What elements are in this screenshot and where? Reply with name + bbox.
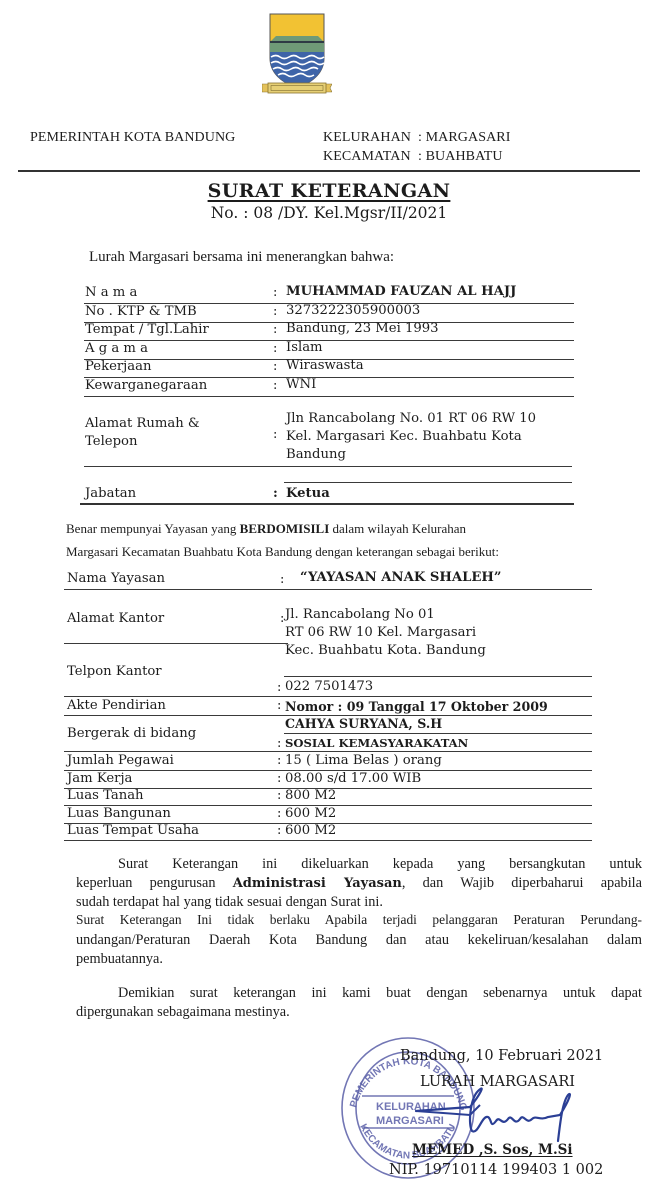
row-colon: : — [273, 304, 277, 319]
kelurahan-label: KELURAHAN — [323, 130, 411, 146]
row-value: 15 ( Lima Belas ) orang — [285, 753, 442, 768]
row-divider — [84, 340, 574, 341]
office-address-line-2: RT 06 RW 10 Kel. Margasari — [285, 625, 476, 640]
signatory-name: MEMED ,S. Sos, M.Si — [412, 1142, 573, 1158]
foundation-name-value: “YAYASAN ANAK SHALEH” — [300, 570, 501, 585]
row-colon: : — [277, 823, 281, 838]
header-divider — [18, 170, 640, 172]
place-date: Bandung, 10 Februari 2021 — [400, 1048, 603, 1064]
row-value: WNI — [286, 377, 316, 392]
row-label: A g a m a — [85, 341, 148, 356]
row-value: 600 M2 — [285, 823, 336, 838]
row-divider — [84, 466, 572, 467]
row-label: Pekerjaan — [85, 359, 152, 374]
closing-p2-line-1: Surat Keterangan Ini tidak berlaku Apabi… — [76, 912, 642, 928]
document-title: SURAT KETERANGAN — [0, 180, 658, 202]
row-value: 600 M2 — [285, 806, 336, 821]
office-address-line-1: Jl. Rancabolang No 01 — [285, 607, 435, 622]
closing-p1-line-2: keperluan pengurusan Administrasi Yayasa… — [76, 875, 642, 892]
row-divider — [80, 503, 574, 505]
domicile-emphasis: BERDOMISILI — [240, 521, 330, 536]
foundation-name-label: Nama Yayasan — [67, 571, 165, 586]
government-name: PEMERINTAH KOTA BANDUNG — [30, 130, 235, 146]
kecamatan-value: : BUAHBATU — [418, 149, 503, 165]
row-label: N a m a — [85, 285, 137, 300]
row-colon: : — [273, 341, 277, 356]
jabatan-label: Jabatan — [85, 486, 136, 501]
letter-number: No. : 08 /DY. Kel.Mgsr/II/2021 — [0, 204, 658, 222]
statement-line-1: Benar mempunyai Yayasan yang BERDOMISILI… — [66, 521, 466, 537]
row-divider — [284, 482, 572, 483]
closing-p2-line-3: pembuatannya. — [76, 951, 163, 968]
row-value: MUHAMMAD FAUZAN AL HAJJ — [286, 284, 516, 299]
row-label: Jam Kerja — [67, 771, 132, 786]
office-phone-colon: : — [277, 680, 281, 695]
row-divider — [64, 751, 592, 752]
address-value-line-2: Kel. Margasari Kec. Buahbatu Kota — [286, 429, 522, 444]
row-colon: : — [273, 378, 277, 393]
row-colon: : — [277, 788, 281, 803]
row-label: Luas Tempat Usaha — [67, 823, 199, 838]
row-colon: : — [277, 753, 281, 768]
office-address-label: Alamat Kantor — [67, 611, 164, 626]
kelurahan-value: : MARGASARI — [418, 130, 511, 146]
row-divider — [284, 676, 592, 677]
row-value: Islam — [286, 340, 323, 355]
row-label: Tempat / Tgl.Lahir — [85, 322, 209, 337]
row-divider — [284, 733, 592, 734]
row-value: 800 M2 — [285, 788, 336, 803]
row-value: 08.00 s/d 17.00 WIB — [285, 771, 421, 786]
row-value: 3273222305900003 — [286, 303, 420, 318]
office-phone-value: 022 7501473 — [285, 679, 373, 694]
row-colon: : — [273, 359, 277, 374]
kecamatan-label: KECAMATAN — [323, 149, 411, 165]
intro-text: Lurah Margasari bersama ini menerangkan … — [89, 249, 394, 266]
row-value: Wiraswasta — [286, 358, 364, 373]
jabatan-value: Ketua — [286, 486, 330, 501]
closing-p1-line-3: sudah terdapat hal yang tidak sesuai den… — [76, 894, 383, 911]
address-value-line-3: Bandung — [286, 447, 346, 462]
jabatan-colon: : — [273, 486, 278, 501]
row-divider — [84, 396, 574, 397]
deed-value: Nomor : 09 Tanggal 17 Oktober 2009 — [285, 699, 548, 714]
address-label-line-2: Telepon — [85, 434, 137, 449]
office-address-colon: : — [280, 611, 284, 626]
signatory-position: LURAH MARGASARI — [420, 1074, 575, 1090]
row-divider — [64, 840, 592, 841]
kota-bandung-emblem-icon — [262, 12, 332, 96]
closing-p1-line-1: Surat Keterangan ini dikeluarkan kepada … — [76, 856, 642, 873]
row-divider — [64, 589, 592, 590]
row-value: Bandung, 23 Mei 1993 — [286, 321, 439, 336]
foundation-name-colon: : — [280, 572, 284, 587]
address-value-line-1: Jln Rancabolang No. 01 RT 06 RW 10 — [286, 411, 536, 426]
field-label: Bergerak di bidang — [67, 726, 196, 741]
row-label: Luas Bangunan — [67, 806, 171, 821]
row-divider — [64, 696, 592, 697]
row-colon: : — [273, 322, 277, 337]
signatory-nip: NIP. 19710114 199403 1 002 — [389, 1162, 603, 1178]
address-colon: : — [273, 427, 277, 442]
row-colon: : — [277, 771, 281, 786]
row-label: Jumlah Pegawai — [67, 753, 174, 768]
row-label: Kewarganegaraan — [85, 378, 207, 393]
field-value-line-2: SOSIAL KEMASYARAKATAN — [285, 736, 468, 750]
row-divider — [64, 643, 288, 644]
row-colon: : — [277, 806, 281, 821]
office-address-line-3: Kec. Buahbatu Kota. Bandung — [285, 643, 486, 658]
row-colon: : — [273, 285, 277, 300]
row-label: Luas Tanah — [67, 788, 144, 803]
deed-label: Akte Pendirian — [67, 698, 166, 713]
deed-colon: : — [277, 698, 281, 713]
address-label-line-1: Alamat Rumah & — [85, 416, 200, 431]
office-phone-label: Telpon Kantor — [67, 664, 162, 679]
field-colon: : — [277, 736, 281, 751]
closing-p3-line-1: Demikian surat keterangan ini kami buat … — [76, 985, 642, 1002]
statement-line-2: Margasari Kecamatan Buahbatu Kota Bandun… — [66, 544, 499, 560]
closing-p3-line-2: dipergunakan sebagaimana mestinya. — [76, 1004, 290, 1021]
row-label: No . KTP & TMB — [85, 304, 197, 319]
admin-emphasis: Administrasi Yayasan — [233, 876, 402, 891]
field-value-line-1: CAHYA SURYANA, S.H — [285, 716, 442, 731]
closing-p2-line-2: undangan/Peraturan Daerah Kota Bandung d… — [76, 932, 642, 949]
